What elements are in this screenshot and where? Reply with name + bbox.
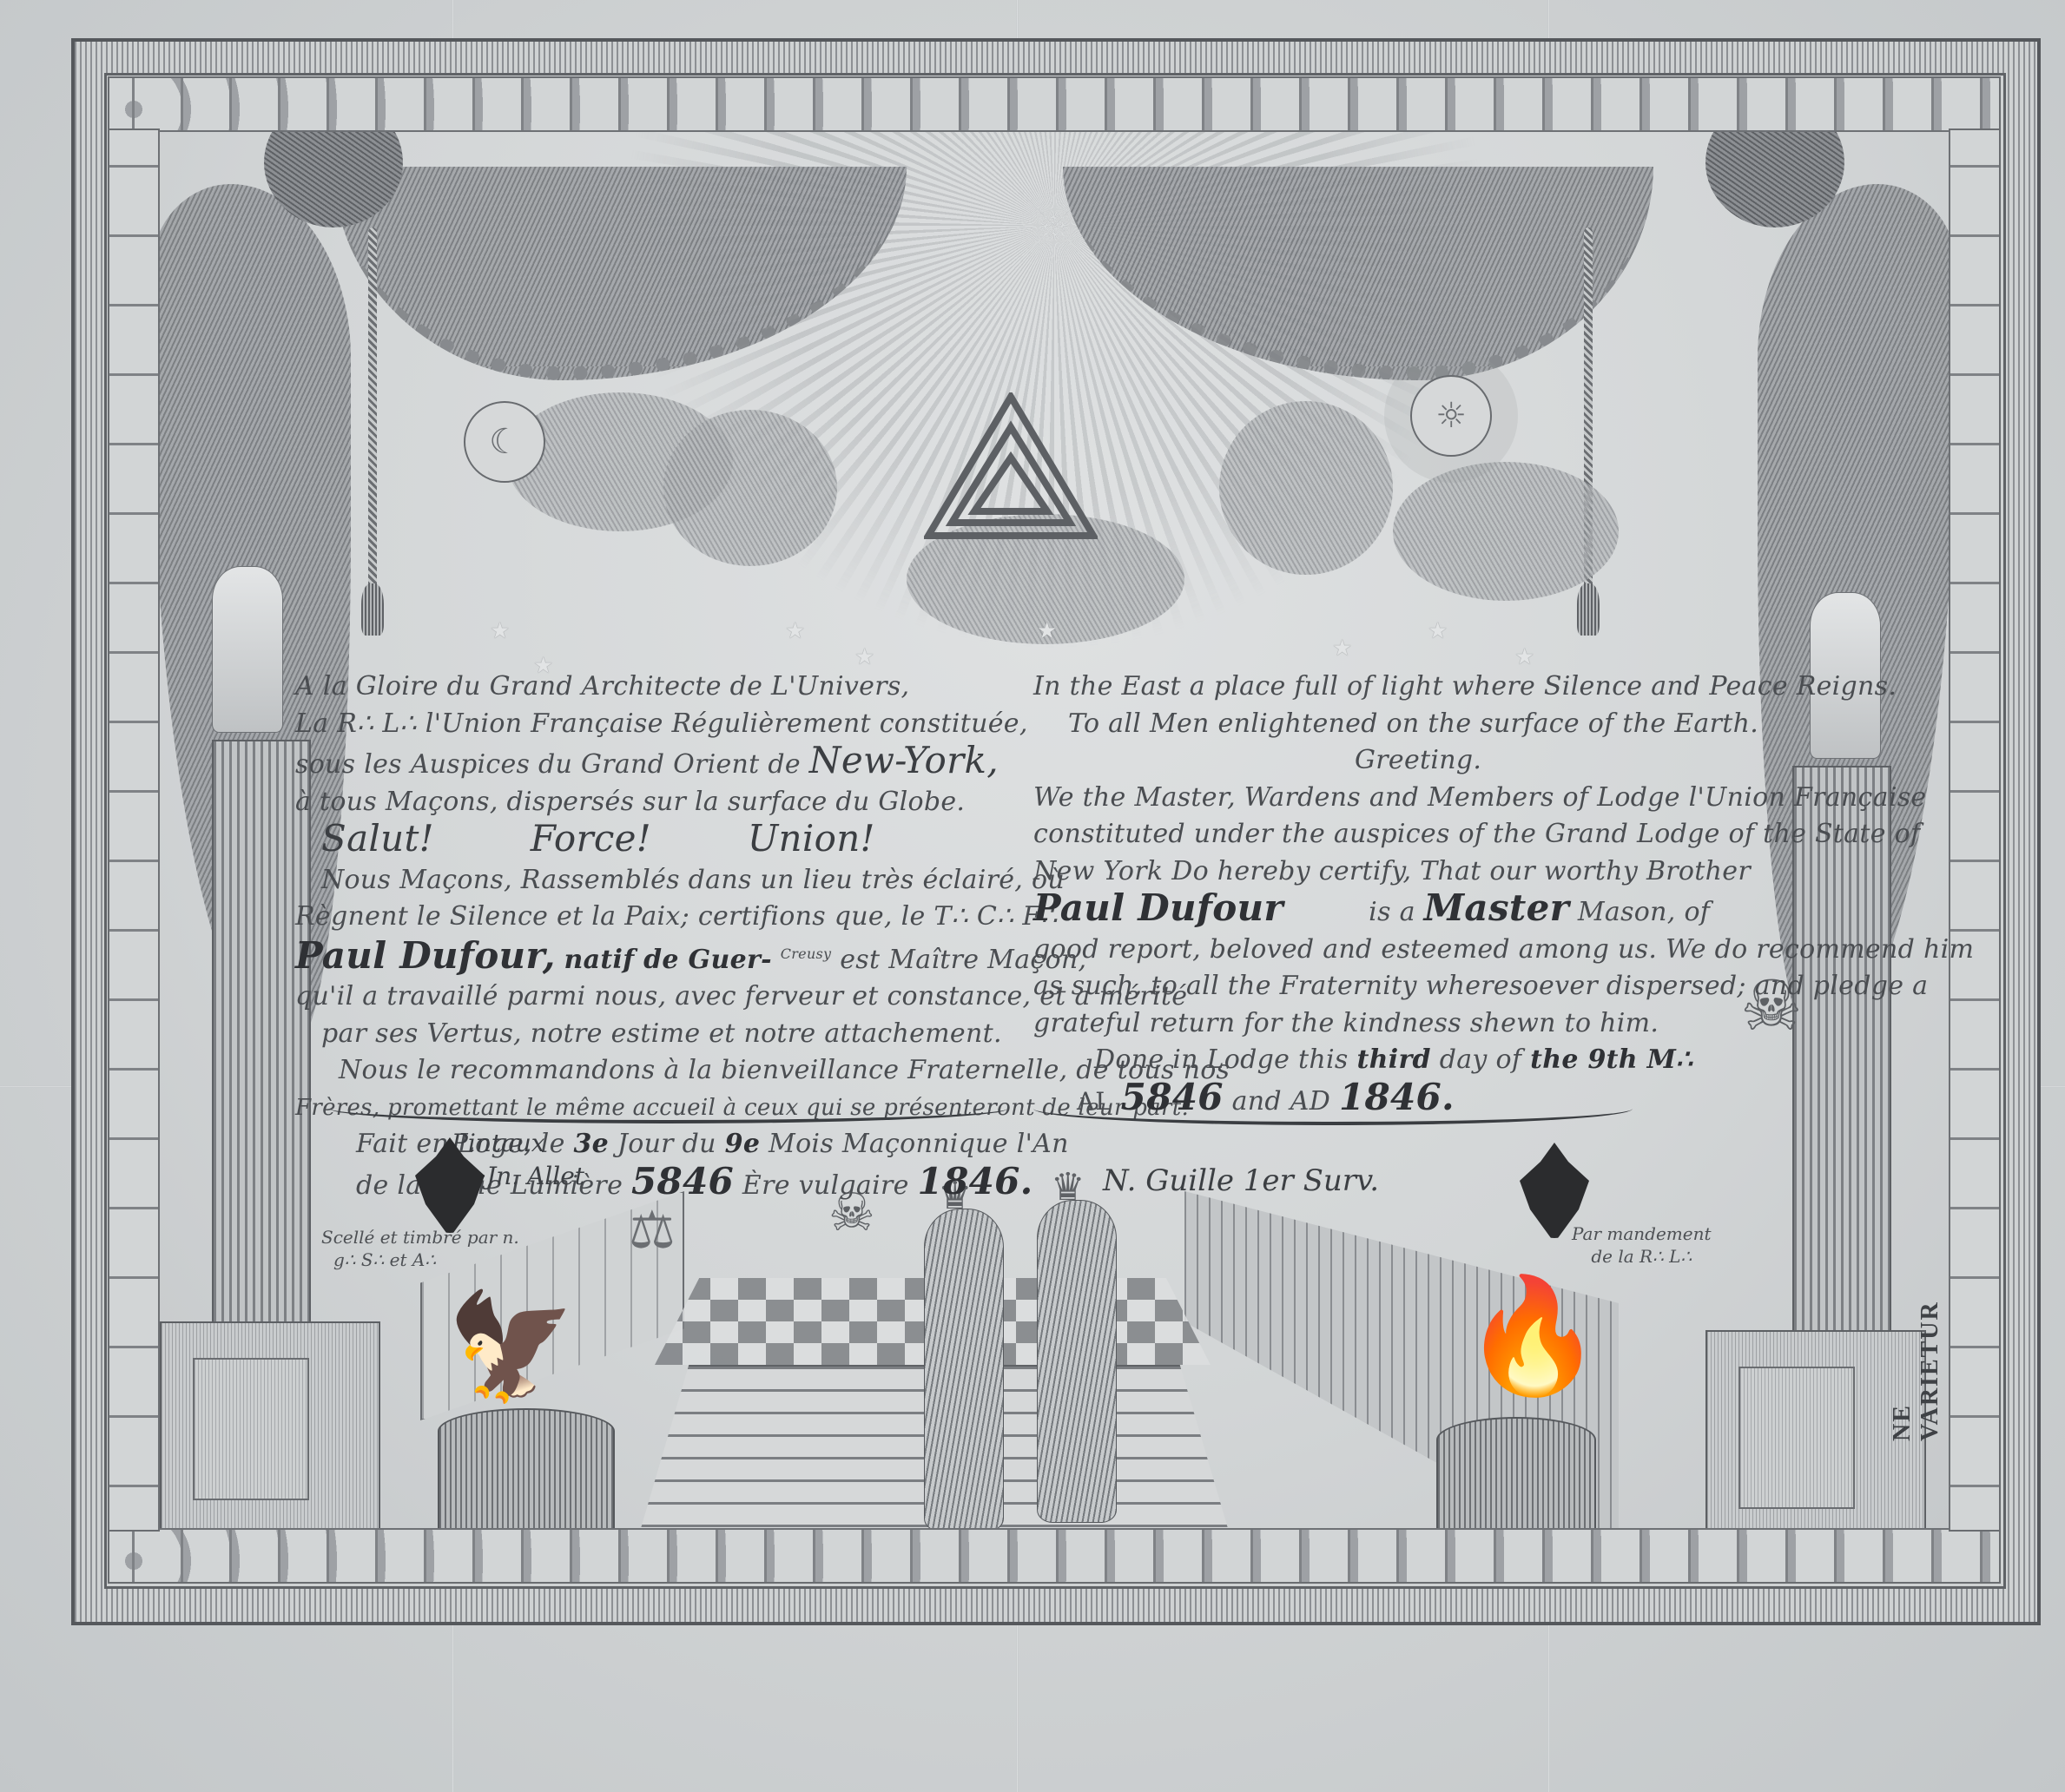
mandate-note-line-2: de la R∴ L∴ <box>1572 1245 1712 1268</box>
en-is-a: is a <box>1369 897 1415 927</box>
mandate-note-line-1: Par mandement <box>1572 1222 1712 1245</box>
en-mason-of: Mason, of <box>1578 897 1710 927</box>
en-line-2: To all Men enlightened on the surface of… <box>1033 706 1728 743</box>
fr-year-common: 1846. <box>918 1160 1033 1202</box>
bottom-frieze-ornament <box>108 1528 2001 1584</box>
cloud <box>1393 462 1619 601</box>
en-day-of: day of <box>1440 1044 1522 1075</box>
cloud <box>663 410 837 566</box>
fr-line-7: Paul Dufour, natif de Guer- Creusy est M… <box>295 936 1016 979</box>
star-icon: ★ <box>1428 618 1448 644</box>
en-line-4: constituted under the auspices of the Gr… <box>1033 816 1728 853</box>
fr-line-3: sous les Auspices du Grand Orient de New… <box>295 742 1016 784</box>
star-icon: ★ <box>854 644 874 670</box>
salut-text: Salut! <box>321 817 434 860</box>
signature-guille: N. Guille 1er Surv. <box>1103 1163 1379 1198</box>
fr-line-2: La R∴ L∴ l'Union Française Régulièrement… <box>295 706 1016 743</box>
fr-month: 9e <box>725 1129 761 1159</box>
french-certificate-text: A la Gloire du Grand Architecte de L'Uni… <box>295 669 1016 1204</box>
en-rank: Master <box>1424 886 1569 929</box>
en-greeting: Greeting. <box>1033 742 1728 780</box>
top-frieze-ornament <box>108 76 2001 132</box>
right-pedestal-relief <box>1738 1367 1855 1509</box>
triple-triangle-icon <box>924 392 1098 540</box>
fr-line-12: Fait en Loge, le 3e Jour du 9e Mois Maço… <box>295 1126 1016 1163</box>
seal-note: Scellé et timbré par n. g∴ S∴ et A∴ <box>321 1226 519 1271</box>
fr-line-10: Nous le recommandons à la bienveillance … <box>295 1052 1016 1090</box>
fr-line-5: Nous Maçons, Rassemblés dans un lieu trè… <box>295 862 1016 899</box>
left-tassel-rope <box>368 227 377 592</box>
en-done-in-lodge: Done in Lodge this <box>1094 1044 1349 1075</box>
star-icon: ★ <box>785 618 805 644</box>
fr-line-4: à tous Maçons, dispersés sur la surface … <box>295 784 1016 821</box>
en-month: the 9th M∴ <box>1530 1044 1692 1075</box>
fr-line-13: de la Vraie Lumière 5846 Ère vulgaire 18… <box>295 1163 1016 1205</box>
crowned-figure-left <box>924 1209 1004 1530</box>
crowned-figure-right <box>1037 1200 1117 1523</box>
eagle-icon: 🦅 <box>446 1287 576 1408</box>
force-text: Force! <box>531 817 651 860</box>
star-icon: ★ <box>490 618 510 644</box>
en-line-9: grateful return for the kindness shewn t… <box>1033 1005 1728 1043</box>
en-line-8: as such, to all the Fraternity wheresoev… <box>1033 968 1728 1005</box>
fr-year-masonic: 5846 <box>631 1160 734 1202</box>
signature-pintaux: Pintaux <box>452 1129 545 1157</box>
fr-city: New-York, <box>809 739 999 781</box>
fr-line-1: A la Gloire du Grand Architecte de L'Uni… <box>295 669 1016 706</box>
en-line-10: Done in Lodge this third day of the 9th … <box>1033 1042 1728 1079</box>
en-line-3: We the Master, Wardens and Members of Lo… <box>1033 780 1728 817</box>
fr-day-label: Jour du <box>617 1129 716 1159</box>
cloud <box>1219 401 1393 575</box>
right-draped-altar <box>1436 1417 1596 1530</box>
seal-note-line-2: g∴ S∴ et A∴ <box>321 1248 519 1271</box>
hercules-statue <box>212 566 283 733</box>
english-certificate-text: In the East a place full of light where … <box>1033 669 1728 1120</box>
fr-native-of: natif de Guer- <box>564 945 772 975</box>
sun-glyph: ☼ <box>1435 396 1467 436</box>
left-pedestal-relief <box>193 1358 309 1500</box>
fr-brother-name: Paul Dufour, <box>295 934 556 977</box>
ink-flourish <box>1033 1092 1633 1125</box>
fr-auspices-text: sous les Auspices du Grand Orient de <box>295 749 801 780</box>
union-text: Union! <box>748 817 875 860</box>
fr-month-label: Mois Maçonnique l'An <box>769 1129 1069 1159</box>
en-line-7: good report, beloved and esteemed among … <box>1033 932 1728 969</box>
motto-ne-varietur: NE VARIETUR <box>1889 1265 1944 1441</box>
en-line-6: Paul Dufour is a Master Mason, of <box>1033 890 1728 932</box>
fr-day: 3e <box>573 1129 609 1159</box>
fr-salutations: Salut! Force! Union! <box>295 820 1016 862</box>
en-day: third <box>1356 1044 1430 1075</box>
right-tassel-icon <box>1577 583 1600 636</box>
ink-flourish <box>330 1094 1007 1123</box>
left-draped-altar <box>438 1408 615 1530</box>
left-frieze-ornament <box>108 128 160 1532</box>
mandate-note: Par mandement de la R∴ L∴ <box>1572 1222 1712 1268</box>
right-frieze-ornament <box>1949 128 2001 1532</box>
fr-era-label: Ère vulgaire <box>742 1170 909 1201</box>
fr-native-insert: Creusy <box>781 945 832 962</box>
seal-note-line-1: Scellé et timbré par n. <box>321 1226 519 1248</box>
en-brother-name: Paul Dufour <box>1033 886 1283 929</box>
flame-icon: 🔥 <box>1462 1269 1603 1402</box>
en-line-1: In the East a place full of light where … <box>1033 669 1728 706</box>
moon-glyph: ☾ <box>489 422 520 462</box>
signature-allet: Jn. Allet <box>486 1162 584 1190</box>
crown-icon: ♛ <box>1051 1165 1085 1209</box>
left-pedestal <box>160 1321 380 1530</box>
fr-line-8: qu'il a travaillé parmi nous, avec ferve… <box>295 978 1016 1016</box>
moon-face-icon: ☾ <box>464 401 545 483</box>
scales-icon: ⚖ <box>629 1200 676 1261</box>
star-icon: ★ <box>1332 636 1352 662</box>
left-tassel-icon <box>361 583 384 636</box>
fr-line-9: par ses Vertus, notre estime et notre at… <box>295 1016 1016 1053</box>
fr-line-6: Règnent le Silence et la Paix; certifion… <box>295 899 1016 936</box>
star-icon: ★ <box>1514 644 1534 670</box>
sun-face-icon: ☼ <box>1410 375 1492 457</box>
en-line-5: New York Do hereby certify, That our wor… <box>1033 853 1728 891</box>
star-icon: ★ <box>1037 618 1057 644</box>
